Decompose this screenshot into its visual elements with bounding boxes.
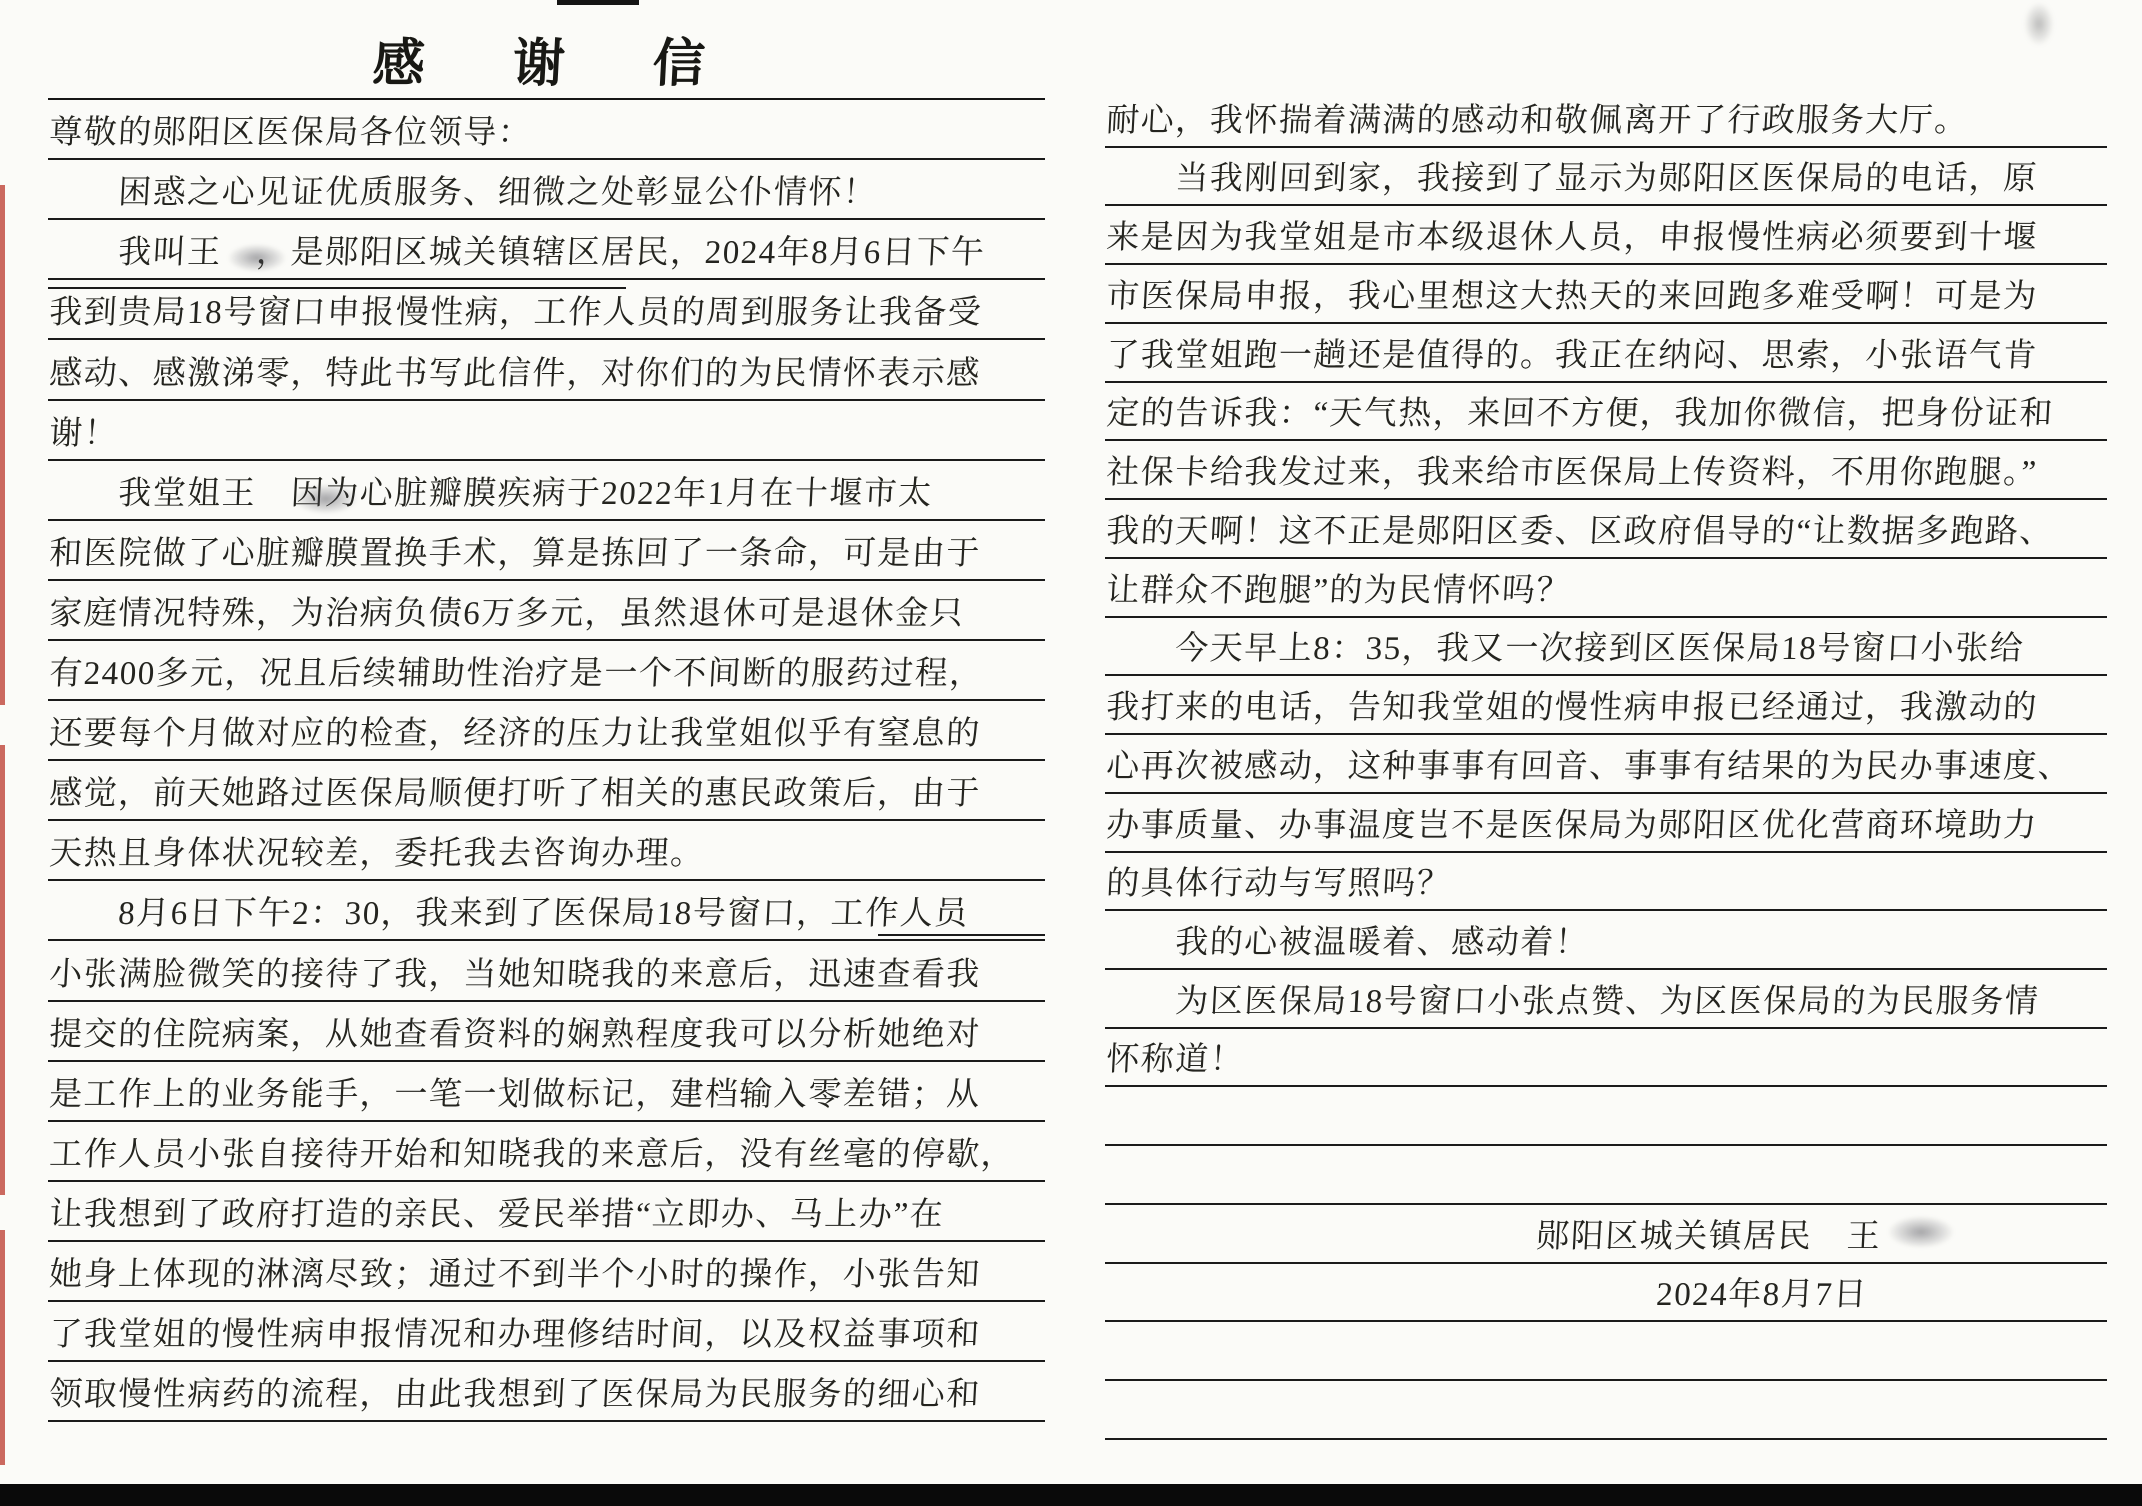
handwritten-line: 感觉，前天她路过医保局顺便打听了相关的惠民政策后，由于 <box>48 761 1045 821</box>
signature-text: 郧阳区城关镇居民 王 <box>1535 1210 1883 1262</box>
line-text: 谢！ <box>48 407 120 459</box>
line-text: 我打来的电话，告知我堂姐的慢性病申报已经通过，我激动的 <box>1105 681 2039 733</box>
handwritten-line: 怀称道！ <box>1105 1029 2107 1088</box>
line-text: 来是因为我堂姐是市本级退休人员，申报慢性病必须要到十堰 <box>1105 211 2039 263</box>
handwritten-line: 困惑之心见证优质服务、细微之处彰显公仆情怀！ <box>48 160 1045 220</box>
handwritten-line: 还要每个月做对应的检查，经济的压力让我堂姐似乎有窒息的 <box>48 701 1045 761</box>
line-text: 让群众不跑腿”的为民情怀吗？ <box>1105 564 1572 616</box>
line-text: 她身上体现的淋漓尽致；通过不到半个小时的操作，小张告知 <box>48 1248 982 1300</box>
handwritten-line: 来是因为我堂姐是市本级退休人员，申报慢性病必须要到十堰 <box>1105 206 2107 265</box>
handwritten-line: 和医院做了心脏瓣膜置换手术，算是拣回了一条命，可是由于 <box>48 521 1045 581</box>
handwritten-line: 的具体行动与写照吗？ <box>1105 853 2107 912</box>
handwritten-line: 耐心，我怀揣着满满的感动和敬佩离开了行政服务大厅。 <box>1105 89 2107 148</box>
handwritten-line: 感动、感激涕零，特此书写此信件，对你们的为民情怀表示感 <box>48 340 1045 400</box>
handwritten-line blank-line <box>1105 1087 2107 1146</box>
scan-artifact-red-edge <box>0 1230 5 1465</box>
scan-artifact-bottom-strip <box>0 1484 2142 1506</box>
handwritten-line: 定的告诉我：“天气热，来回不方便，我加你微信，把身份证和 <box>1105 383 2107 442</box>
handwritten-line blank-line <box>1105 1146 2107 1205</box>
line-text: 社保卡给我发过来，我来给市医保局上传资料，不用你跑腿。” <box>1105 446 2039 498</box>
line-text: 天热且身体状况较差，委托我去咨询办理。 <box>48 827 706 879</box>
handwritten-line: 让群众不跑腿”的为民情怀吗？ <box>1105 559 2107 618</box>
date-text: 2024年8月7日 <box>1655 1268 1869 1320</box>
line-text: 让我想到了政府打造的亲民、爱民举措“立即办、马上办”在 <box>48 1188 946 1240</box>
line-text: 我的心被温暖着、感动着！ <box>1105 916 1591 968</box>
line-text: 8月6日下午2：30，我来到了医保局18号窗口，工作人员 <box>48 887 970 939</box>
redacted-name-smudge <box>294 484 358 514</box>
handwritten-line: 是工作上的业务能手，一笔一划做标记，建档输入零差错；从 <box>48 1062 1045 1122</box>
handwritten-line: 了我堂姐跑一趟还是值得的。我正在纳闷、思索，小张语气肯 <box>1105 324 2107 383</box>
handwritten-line: 提交的住院病案，从她查看资料的娴熟程度我可以分析她绝对 <box>48 1002 1045 1062</box>
line-text: 怀称道！ <box>1105 1033 1246 1085</box>
line-text: 今天早上8：35，我又一次接到区医保局18号窗口小张给 <box>1105 622 2026 674</box>
handwritten-line blank-line <box>1105 1381 2107 1440</box>
handwritten-line: 心再次被感动，这种事事有回音、事事有结果的为民办事速度、 <box>1105 735 2107 794</box>
handwritten-line: 我打来的电话，告知我堂姐的慢性病申报已经通过，我激动的 <box>1105 676 2107 735</box>
scan-artifact-corner-smudge <box>2024 2 2054 46</box>
handwritten-line: 办事质量、办事温度岂不是医保局为郧阳区优化营商环境助力 <box>1105 794 2107 853</box>
handwritten-line: 社保卡给我发过来，我来给市医保局上传资料，不用你跑腿。” <box>1105 441 2107 500</box>
line-text: 感觉，前天她路过医保局顺便打听了相关的惠民政策后，由于 <box>48 767 982 819</box>
line-text: 小张满脸微笑的接待了我，当她知晓我的来意后，迅速查看我 <box>48 948 982 1000</box>
handwritten-line: 工作人员小张自接待开始和知晓我的来意后，没有丝毫的停歇， <box>48 1122 1045 1182</box>
handwritten-line blank-line <box>1105 1322 2107 1381</box>
scan-artifact-red-edge <box>0 185 5 705</box>
handwritten-line: 有2400多元，况且后续辅助性治疗是一个不间断的服药过程， <box>48 641 1045 701</box>
handwritten-line: 天热且身体状况较差，委托我去咨询办理。 <box>48 821 1045 881</box>
handwritten-line: 当我刚回到家，我接到了显示为郧阳区医保局的电话，原 <box>1105 148 2107 207</box>
line-text: 为区医保局18号窗口小张点赞、为区医保局的为民服务情 <box>1105 975 2041 1027</box>
line-text: 我堂姐王 因为心脏瓣膜疾病于2022年1月在十堰市太 <box>48 467 934 519</box>
letter-left-column: 感 谢 信 尊敬的郧阳区医保局各位领导： 困惑之心见证优质服务、细微之处彰显公仆… <box>48 40 1045 1422</box>
line-text: 心再次被感动，这种事事有回音、事事有结果的为民办事速度、 <box>1105 740 2074 792</box>
letter-title-line: 感 谢 信 <box>48 40 1045 100</box>
line-text: 是工作上的业务能手，一笔一划做标记，建档输入零差错；从 <box>48 1068 982 1120</box>
line-text: 耐心，我怀揣着满满的感动和敬佩离开了行政服务大厅。 <box>1105 94 1970 146</box>
handwritten-line: 谢！ <box>48 401 1045 461</box>
line-text: 了我堂姐跑一趟还是值得的。我正在纳闷、思索，小张语气肯 <box>1105 329 2039 381</box>
line-text: 家庭情况特殊，为治病负债6万多元，虽然退休可是退休金只 <box>48 587 966 639</box>
scan-artifact-red-edge <box>0 745 5 1195</box>
handwritten-line: 了我堂姐的慢性病申报情况和办理修结时间，以及权益事项和 <box>48 1302 1045 1362</box>
handwritten-line: 8月6日下午2：30，我来到了医保局18号窗口，工作人员 <box>48 881 1045 941</box>
handwritten-line: 我叫王 ，是郧阳区城关镇辖区居民，2024年8月6日下午 <box>48 220 1045 280</box>
line-text: 了我堂姐的慢性病申报情况和办理修结时间，以及权益事项和 <box>48 1308 982 1360</box>
handwritten-line: 尊敬的郧阳区医保局各位领导： <box>48 100 1045 160</box>
line-text: 尊敬的郧阳区医保局各位领导： <box>48 106 534 158</box>
handwritten-line: 我的心被温暖着、感动着！ <box>1105 911 2107 970</box>
line-text: 感动、感激涕零，特此书写此信件，对你们的为民情怀表示感 <box>48 347 982 399</box>
line-text: 有2400多元，况且后续辅助性治疗是一个不间断的服药过程， <box>48 647 985 699</box>
handwritten-line: 我的天啊！这不正是郧阳区委、区政府倡导的“让数据多跑路、 <box>1105 500 2107 559</box>
line-text: 领取慢性病药的流程，由此我想到了医保局为民服务的细心和 <box>48 1368 982 1420</box>
letter-right-column: 耐心，我怀揣着满满的感动和敬佩离开了行政服务大厅。 当我刚回到家，我接到了显示为… <box>1105 89 2107 1440</box>
line-text: 我到贵局18号窗口申报慢性病，工作人员的周到服务让我备受 <box>48 286 984 338</box>
line-text: 市医保局申报，我心里想这大热天的来回跑多难受啊！可是为 <box>1105 270 2039 322</box>
redacted-name-smudge <box>1888 1216 1954 1248</box>
line-text: 提交的住院病案，从她查看资料的娴熟程度我可以分析她绝对 <box>48 1008 982 1060</box>
date-line: 2024年8月7日 <box>1105 1264 2107 1323</box>
signature-line: 郧阳区城关镇居民 王 <box>1105 1205 2107 1264</box>
handwritten-line: 为区医保局18号窗口小张点赞、为区医保局的为民服务情 <box>1105 970 2107 1029</box>
line-text: 我的天啊！这不正是郧阳区委、区政府倡导的“让数据多跑路、 <box>1105 505 2055 557</box>
letter-title: 感 谢 信 <box>371 21 725 98</box>
handwritten-line: 让我想到了政府打造的亲民、爱民举措“立即办、马上办”在 <box>48 1182 1045 1242</box>
scan-artifact-doubled-rule <box>48 287 626 289</box>
handwritten-line: 市医保局申报，我心里想这大热天的来回跑多难受啊！可是为 <box>1105 265 2107 324</box>
scanned-letter-page: 感 谢 信 尊敬的郧阳区医保局各位领导： 困惑之心见证优质服务、细微之处彰显公仆… <box>0 0 2142 1506</box>
handwritten-line: 领取慢性病药的流程，由此我想到了医保局为民服务的细心和 <box>48 1362 1045 1422</box>
line-text: 还要每个月做对应的检查，经济的压力让我堂姐似乎有窒息的 <box>48 707 982 759</box>
handwritten-line: 她身上体现的淋漓尽致；通过不到半个小时的操作，小张告知 <box>48 1242 1045 1302</box>
line-text: 的具体行动与写照吗？ <box>1105 857 1453 909</box>
line-text: 定的告诉我：“天气热，来回不方便，我加你微信，把身份证和 <box>1105 387 2055 439</box>
handwritten-line: 今天早上8：35，我又一次接到区医保局18号窗口小张给 <box>1105 618 2107 677</box>
scan-artifact-doubled-rule <box>878 934 1045 936</box>
line-text: 困惑之心见证优质服务、细微之处彰显公仆情怀！ <box>48 166 879 218</box>
scan-artifact-top-dash <box>557 0 639 5</box>
line-text: 当我刚回到家，我接到了显示为郧阳区医保局的电话，原 <box>1105 152 2039 204</box>
line-text: 我叫王 ，是郧阳区城关镇辖区居民，2024年8月6日下午 <box>48 226 987 278</box>
handwritten-line: 小张满脸微笑的接待了我，当她知晓我的来意后，迅速查看我 <box>48 941 1045 1001</box>
handwritten-line: 我堂姐王 因为心脏瓣膜疾病于2022年1月在十堰市太 <box>48 461 1045 521</box>
line-text: 和医院做了心脏瓣膜置换手术，算是拣回了一条命，可是由于 <box>48 527 982 579</box>
line-text: 办事质量、办事温度岂不是医保局为郧阳区优化营商环境助力 <box>1105 799 2039 851</box>
line-text: 工作人员小张自接待开始和知晓我的来意后，没有丝毫的停歇， <box>48 1128 1017 1180</box>
redacted-name-smudge <box>228 244 286 272</box>
handwritten-line: 家庭情况特殊，为治病负债6万多元，虽然退休可是退休金只 <box>48 581 1045 641</box>
